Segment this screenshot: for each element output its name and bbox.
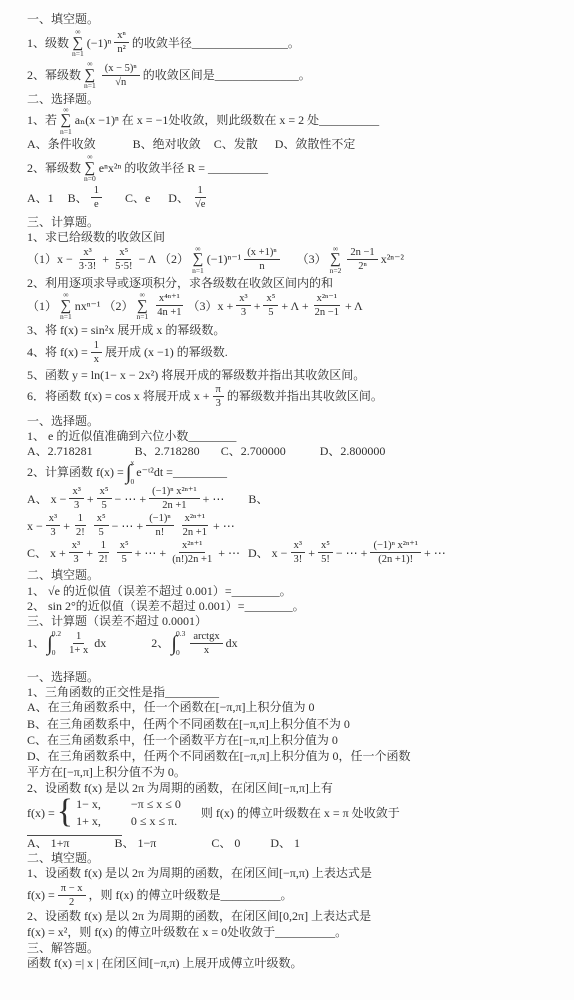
text-run: 1、 e 的近似值准确到六位小数________ [27, 429, 236, 443]
a1-q1: 1、级数∞∑n=1(−1)ⁿxⁿn²的收敛半径________________。 [27, 28, 568, 57]
a3-q5: 5、函数 y = ln(1− x − 2x²) 将展开成的幂级数并指出其收敛区间… [27, 368, 568, 382]
piecewise-condition: 0 ≤ x ≤ π. [131, 814, 181, 828]
fraction-numerator: x⁵ [263, 293, 278, 306]
text-run: 5、函数 y = ln(1− x − 2x²) 将展开成的幂级数并指出其收敛区间… [27, 368, 365, 382]
sum-lower-limit: n=1 [192, 267, 204, 275]
summation-symbol: ∞∑n=0 [84, 153, 96, 182]
fraction-denominator: n² [114, 43, 128, 55]
fraction-numerator: (x − 5)ⁿ [102, 63, 140, 76]
math-fraction: x³3 [236, 293, 250, 318]
fraction-numerator: (−1)ⁿ x²ⁿ⁺¹ [370, 540, 421, 553]
c1-q1-option-b: B、在三角函数系中，任两个不同函数在[−π,π]上积分值不为 0 [27, 717, 568, 731]
math-fraction: x²ⁿ⁻¹2n −1 [312, 293, 342, 318]
math-fraction: x⁵5 [263, 293, 278, 318]
fraction-numerator: x³ [69, 486, 83, 499]
text-run: aₙ(x −1)ⁿ 在 x = −1处收敛，则此级数在 x = 2 处_____… [75, 113, 379, 127]
summation-symbol: ∞∑n=1 [136, 291, 148, 320]
a2-q2-options: A、1B、1eC、eD、1√e [27, 185, 568, 210]
integral-symbol: ∫x0 [126, 459, 135, 485]
fraction-numerator: 1 [98, 540, 109, 553]
fraction-denominator: 5 [119, 553, 130, 565]
text-run: eⁿx²ⁿ 的收敛半径 R = __________ [99, 161, 268, 175]
text-run: 2、 [151, 636, 169, 650]
sigma-glyph: ∑ [73, 36, 84, 50]
sigma-glyph: ∑ [61, 113, 72, 127]
spacer [201, 144, 214, 145]
section-b1-title: 一、选择题。 [27, 414, 568, 428]
text-run: 的收敛区间是______________。 [143, 68, 311, 82]
integral-upper-limit: x [131, 459, 135, 467]
b1-q1-options: A、2.718281B、2.718280C、2.700000D、2.800000 [27, 444, 568, 458]
a3-q4: 4、将 f(x) =1x展开成 (x −1) 的幂级数. [27, 340, 568, 365]
b1-q2: 2、计算函数 f(x) =∫x0e⁻ᵗ²dt =_________ [27, 459, 568, 485]
fraction-denominator: 2n +1 [180, 526, 210, 538]
text-run: A、在三角函数系中，任一个函数在[−π,π]上积分值为 0 [27, 700, 315, 714]
math-fraction: x²ⁿ⁺¹(n!)2n +1 [169, 540, 215, 565]
fraction-denominator: 2n +1 [159, 499, 189, 511]
document-page: 一、填空题。1、级数∞∑n=1(−1)ⁿxⁿn²的收敛半径___________… [0, 0, 574, 1000]
text-run: C、在三角函数系中，任一个函数平方在[−π,π]上积分值为 0 [27, 733, 338, 747]
math-fraction: (−1)ⁿ x²ⁿ⁺¹2n +1 [149, 486, 200, 511]
text-run: D、 [168, 191, 189, 205]
math-fraction: x²ⁿ⁺¹2n +1 [180, 513, 210, 538]
section-c2-title: 二、填空题。 [27, 851, 568, 865]
fraction-denominator: x [91, 353, 102, 365]
text-run: A、2.718281 [27, 444, 93, 458]
text-run: B、绝对收敛 [133, 137, 201, 151]
b1-q1: 1、 e 的近似值准确到六位小数________ [27, 429, 568, 443]
fraction-denominator: 3! [290, 553, 305, 565]
spacer [150, 197, 168, 198]
fraction-denominator: 5 [265, 306, 276, 318]
sigma-glyph: ∑ [61, 299, 72, 313]
spacer [258, 144, 275, 145]
c1-q2: 2、设函数 f(x) 是以 2π 为周期的函数，在闭区间[−π,π]上有 [27, 781, 568, 795]
fraction-denominator: 3 [238, 306, 249, 318]
math-fraction: π − x2 [58, 883, 86, 908]
integral-lower-limit: 0 [131, 478, 135, 486]
text-run: 1、 [27, 636, 45, 650]
text-run: + [63, 519, 70, 533]
fraction-numerator: 1 [75, 513, 86, 526]
math-fraction: x³3 [69, 486, 83, 511]
a2-q1-options: A、条件收敛B、绝对收敛C、发散D、敛散性不定 [27, 137, 568, 151]
math-fraction: 12! [96, 540, 111, 565]
spacer [286, 451, 320, 452]
text-run: B、 [248, 492, 268, 506]
text-run: + ⋯ + [135, 546, 167, 560]
c2-q2-expression: f(x) = x²，则 f(x) 的傅立叶级数在 x = 0处收敛于______… [27, 925, 568, 939]
fraction-denominator: (2n +1)! [375, 553, 416, 565]
c1-q1-option-c: C、在三角函数系中，任一个函数平方在[−π,π]上积分值为 0 [27, 733, 568, 747]
integral-upper-limit: 0.3 [176, 630, 185, 638]
c1-q1: 1、三角函数的正交性是指_________ [27, 685, 568, 699]
spacer [105, 197, 125, 198]
text-run: ，则 f(x) 的傅立叶级数是__________。 [89, 888, 293, 902]
a3-q3: 3、将 f(x) = sin²x 展开成 x 的幂级数。 [27, 323, 568, 337]
sum-lower-limit: n=1 [72, 50, 84, 58]
text-run: x − [27, 519, 43, 533]
fraction-denominator: 3 [47, 526, 58, 538]
fraction-numerator: x⁵ [97, 486, 112, 499]
math-fraction: 1e [91, 185, 102, 210]
text-run: 1、三角函数的正交性是指_________ [27, 685, 219, 699]
text-run: 三、计算题（误差不超过 0.0001） [27, 614, 207, 628]
fraction-denominator: 1+ x [66, 644, 91, 656]
fraction-denominator: 5! [318, 553, 333, 565]
text-run: nxⁿ⁻¹ （2） [75, 299, 134, 313]
fraction-numerator: (x +1)ⁿ [244, 247, 279, 260]
text-run: A、条件收敛 [27, 137, 96, 151]
section-a2-title: 二、选择题。 [27, 92, 568, 106]
fraction-numerator: arctgx [190, 631, 222, 644]
text-run: 三、计算题。 [27, 215, 99, 229]
c1-q1-option-d: D、在三角函数系中，任两个不同函数在[−π,π]上积分值为 0，任一个函数 [27, 749, 568, 763]
text-run: + [102, 252, 109, 266]
spacer [224, 498, 248, 499]
b1-q2-option-b: x −x³3+12!x⁵5− ⋯ +(−1)ⁿn!x²ⁿ⁺¹2n +1+ ⋯ [27, 513, 568, 538]
sum-lower-limit: n=1 [60, 313, 72, 321]
fraction-denominator: x [201, 644, 212, 656]
b1-q2-options-cd: C、 x +x³3+12!x⁵5+ ⋯ +x²ⁿ⁺¹(n!)2n +1+ ⋯D、… [27, 540, 568, 565]
piecewise-condition: −π ≤ x ≤ 0 [131, 797, 181, 811]
fraction-denominator: 5 [96, 526, 107, 538]
text-run: 1、 √e 的近似值（误差不超过 0.001）=________。 [27, 584, 292, 598]
fraction-denominator: e [91, 198, 102, 210]
fraction-denominator: 2! [73, 526, 88, 538]
fraction-denominator: 3 [213, 397, 224, 409]
integral-symbol: ∫0.30 [171, 630, 185, 656]
text-run: C、 x + [27, 546, 66, 560]
a2-q2: 2、幂级数∞∑n=0eⁿx²ⁿ 的收敛半径 R = __________ [27, 153, 568, 182]
integral-symbol: ∫0.20 [47, 630, 61, 656]
spacer [54, 197, 68, 198]
b2-q1: 1、 √e 的近似值（误差不超过 0.001）=________。 [27, 584, 568, 598]
c2-q1: 1、设函数 f(x) 是以 2π 为周期的函数，在闭区间[−π,π) 上表达式是 [27, 866, 568, 880]
a3-q2-items: （1）∞∑n=1nxⁿ⁻¹ （2）∞∑n=1x⁴ⁿ⁺¹4n +1（3）x +x³… [27, 291, 568, 320]
fraction-numerator: 2n −1 [347, 247, 377, 260]
spacer [156, 843, 211, 844]
math-fraction: x⁵5! [318, 540, 333, 565]
fraction-denominator: n! [153, 526, 168, 538]
summation-symbol: ∞∑n=1 [192, 245, 204, 274]
b1-q2-option-a: A、 x −x³3+x⁵5− ⋯ +(−1)ⁿ x²ⁿ⁺¹2n +1+ ⋯B、 [27, 486, 568, 511]
fraction-numerator: x⁴ⁿ⁺¹ [156, 293, 183, 306]
math-fraction: xⁿn² [114, 30, 129, 55]
text-run: f(x) = [27, 806, 55, 820]
text-run: + Λ + [281, 299, 308, 313]
sigma-glyph: ∑ [330, 252, 341, 266]
text-run: (−1)ⁿ [87, 36, 112, 50]
text-run: 的收敛半径________________。 [132, 36, 300, 50]
text-run: （1）x − [27, 252, 73, 266]
text-run: 二、选择题。 [27, 92, 99, 106]
integral-lower-limit: 0 [176, 649, 185, 657]
math-fraction: x⁵5 [94, 513, 109, 538]
fraction-numerator: (−1)ⁿ [146, 513, 173, 526]
text-run: 1、求已给级数的收敛区间 [27, 230, 165, 244]
text-run: − ⋯ + [112, 519, 144, 533]
fraction-denominator: (n!)2n +1 [169, 553, 215, 565]
fraction-numerator: xⁿ [114, 30, 129, 43]
b2-q2: 2、 sin 2°的近似值（误差不超过 0.001）=________。 [27, 599, 568, 613]
text-run: 平方在[−π,π]上积分值不为 0。 [27, 765, 186, 779]
section-a1-title: 一、填空题。 [27, 12, 568, 26]
left-brace-glyph: { [57, 798, 73, 827]
fraction-denominator: 3 [70, 553, 81, 565]
math-fraction: x³3 [69, 540, 83, 565]
fraction-numerator: x²ⁿ⁺¹ [182, 513, 208, 526]
text-run: + ⋯ [218, 546, 240, 560]
text-run: A、1 [27, 191, 54, 205]
text-run: + ⋯ [424, 546, 446, 560]
sigma-glyph: ∑ [85, 161, 96, 175]
text-run: 二、填空题。 [27, 568, 99, 582]
math-fraction: π3 [213, 384, 224, 409]
sum-lower-limit: n=0 [84, 175, 96, 183]
fraction-denominator: √e [192, 198, 208, 210]
sigma-glyph: ∑ [137, 299, 148, 313]
text-run: dx [94, 636, 106, 650]
text-run: 三、解答题。 [27, 941, 99, 955]
c2-q1-expression: f(x) =π − x2，则 f(x) 的傅立叶级数是__________。 [27, 883, 568, 908]
text-run: A、 x − [27, 492, 66, 506]
text-run: （1） [27, 299, 57, 313]
a3-q1-items: （1）x −x³3·3!+x⁵5·5!− Λ （2）∞∑n=1(−1)ⁿ⁻¹(x… [27, 245, 568, 274]
text-run: 函数 f(x) =| x | 在闭区间[−π,π) 上展开成傅立叶级数。 [27, 956, 302, 970]
c1-q1-option-d-cont: 平方在[−π,π]上积分值不为 0。 [27, 765, 568, 779]
text-run: C、发散 [214, 137, 258, 151]
math-fraction: x⁵5 [97, 486, 112, 511]
math-fraction: 1√e [192, 185, 208, 210]
text-run: D、 x − [248, 546, 287, 560]
text-run: B、 [68, 191, 88, 205]
sigma-glyph: ∑ [85, 68, 96, 82]
c1-q2-options: A、 1+πB、 1−πC、 0D、 1 [27, 836, 568, 850]
text-run: f(x) = x²，则 f(x) 的傅立叶级数在 x = 0处收敛于______… [27, 925, 347, 939]
fraction-numerator: 1 [73, 631, 84, 644]
summation-symbol: ∞∑n=1 [60, 106, 72, 135]
math-fraction: x³3 [46, 513, 60, 538]
text-run: 1、设函数 f(x) 是以 2π 为周期的函数，在闭区间[−π,π) 上表达式是 [27, 866, 372, 880]
text-run: B、在三角函数系中，任两个不同函数在[−π,π]上积分值不为 0 [27, 717, 350, 731]
spacer [96, 144, 133, 145]
spacer [93, 451, 135, 452]
text-run: D、2.800000 [320, 444, 386, 458]
summation-symbol: ∞∑n=1 [72, 28, 84, 57]
section-c3-title: 三、解答题。 [27, 941, 568, 955]
text-run: + [308, 546, 315, 560]
text-run: + [86, 546, 93, 560]
fraction-denominator: 3 [71, 499, 82, 511]
text-run: − ⋯ + [336, 546, 368, 560]
text-run: + Λ [345, 299, 363, 313]
piecewise-rows: 1− x,−π ≤ x ≤ 01+ x,0 ≤ x ≤ π. [76, 797, 181, 828]
fraction-numerator: 1 [195, 185, 206, 198]
integral-limits: 0.20 [52, 630, 61, 656]
text-run: e⁻ᵗ²dt =_________ [136, 465, 227, 479]
piecewise-expression: 1+ x, [76, 814, 101, 828]
c1-q2-piecewise: f(x) ={1− x,−π ≤ x ≤ 01+ x,0 ≤ x ≤ π.则 f… [27, 797, 568, 828]
text-run: 2、幂级数 [27, 161, 81, 175]
fraction-denominator: n [256, 260, 267, 272]
integral-lower-limit: 0 [52, 649, 61, 657]
fraction-numerator: x³ [46, 513, 60, 526]
math-fraction: 11+ x [66, 631, 91, 656]
text-run: C、 0 [211, 836, 240, 850]
fraction-denominator: √n [112, 76, 129, 88]
text-run: C、e [125, 191, 150, 205]
integral-limits: 0.30 [176, 630, 185, 656]
fraction-denominator: 2! [96, 553, 111, 565]
section-b2-title: 二、填空题。 [27, 568, 568, 582]
fraction-numerator: x³ [291, 540, 305, 553]
spacer [183, 812, 201, 813]
fraction-denominator: 5·5! [112, 260, 136, 272]
integral-upper-limit: 0.2 [52, 630, 61, 638]
text-run: 6．将函数 f(x) = cos x 将展开成 x + [27, 389, 210, 403]
text-run: A、 1+π [27, 836, 70, 850]
math-fraction: x⁵5 [117, 540, 132, 565]
text-run: 3、将 f(x) = sin²x 展开成 x 的幂级数。 [27, 323, 225, 337]
fraction-numerator: 1 [91, 185, 102, 198]
text-run: 二、填空题。 [27, 851, 99, 865]
fraction-numerator: x⁵ [116, 247, 131, 260]
text-run: C、2.700000 [221, 444, 286, 458]
c2-q2: 2、设函数 f(x) 是以 2π 为周期的函数，在闭区间[0,2π] 上表达式是 [27, 909, 568, 923]
fraction-denominator: 2n −1 [312, 306, 342, 318]
c3-q1: 函数 f(x) =| x | 在闭区间[−π,π) 上展开成傅立叶级数。 [27, 956, 568, 970]
spacer [70, 843, 115, 844]
fraction-denominator: 3·3! [76, 260, 100, 272]
fraction-numerator: x³ [236, 293, 250, 306]
text-run: + [254, 299, 261, 313]
text-run: B、2.718280 [135, 444, 200, 458]
a3-q2: 2、利用逐项求导或逐项积分，求各级数在收敛区间内的和 [27, 276, 568, 290]
text-run: + ⋯ [203, 492, 225, 506]
fraction-numerator: x³ [69, 540, 83, 553]
spacer [200, 451, 221, 452]
text-run: − Λ （2） [139, 252, 190, 266]
a2-q1: 1、若∞∑n=1aₙ(x −1)ⁿ 在 x = −1处收敛，则此级数在 x = … [27, 106, 568, 135]
fraction-numerator: π − x [58, 883, 86, 896]
text-run: 1、若 [27, 113, 57, 127]
fraction-numerator: x⁵ [94, 513, 109, 526]
text-run: 2、 sin 2°的近似值（误差不超过 0.001）=________。 [27, 599, 305, 613]
summation-symbol: ∞∑n=1 [84, 60, 96, 89]
text-run: （3）x + [188, 299, 234, 313]
sigma-glyph: ∑ [193, 252, 204, 266]
math-fraction: (−1)ⁿ x²ⁿ⁺¹(2n +1)! [370, 540, 421, 565]
fraction-numerator: x⁵ [318, 540, 333, 553]
a1-q2: 2、幂级数∞∑n=1(x − 5)ⁿ√n的收敛区间是______________… [27, 60, 568, 89]
section-a3-title: 三、计算题。 [27, 215, 568, 229]
piecewise-function: {1− x,−π ≤ x ≤ 01+ x,0 ≤ x ≤ π. [57, 797, 181, 828]
b3-items: 1、∫0.2011+ xdx2、∫0.30arctgxxdx [27, 630, 568, 656]
fraction-denominator: 5 [98, 499, 109, 511]
text-run: 2、幂级数 [27, 68, 81, 82]
text-run: 4、将 f(x) = [27, 345, 88, 359]
fraction-denominator: 4n +1 [154, 306, 184, 318]
math-fraction: 12! [73, 513, 88, 538]
spacer [283, 259, 297, 260]
summation-symbol: ∞∑n=2 [330, 245, 342, 274]
text-run: D、 1 [270, 836, 300, 850]
text-run: 1、级数 [27, 36, 69, 50]
text-run: D、在三角函数系中，任两个不同函数在[−π,π]上积分值为 0，任一个函数 [27, 749, 411, 763]
c1-q1-option-a: A、在三角函数系中，任一个函数在[−π,π]上积分值为 0 [27, 700, 568, 714]
math-fraction: (x +1)ⁿn [244, 247, 279, 272]
sum-lower-limit: n=2 [330, 267, 342, 275]
sum-lower-limit: n=1 [136, 313, 148, 321]
a3-q6: 6．将函数 f(x) = cos x 将展开成 x +π3的幂级数并指出其收敛区… [27, 384, 568, 409]
text-run: B、 1−π [115, 836, 157, 850]
spacer [240, 843, 270, 844]
a3-q1: 1、求已给级数的收敛区间 [27, 230, 568, 244]
fraction-numerator: π [213, 384, 224, 397]
fraction-numerator: x²ⁿ⁻¹ [314, 293, 340, 306]
section-c1-title: 一、选择题。 [27, 670, 568, 684]
fraction-denominator: 2ⁿ [355, 260, 370, 272]
spacer [106, 643, 151, 644]
text-run: D、敛散性不定 [275, 137, 356, 151]
fraction-numerator: x³ [80, 247, 94, 260]
text-run: 的幂级数并指出其收敛区间。 [227, 389, 383, 403]
text-run: − ⋯ + [115, 492, 147, 506]
math-fraction: x³3·3! [76, 247, 100, 272]
text-run: 则 f(x) 的傅立叶级数在 x = π 处收敛于 [201, 806, 400, 820]
fraction-denominator: 2 [66, 896, 77, 908]
text-run: 一、填空题。 [27, 12, 99, 26]
text-run: (−1)ⁿ⁻¹ [207, 252, 241, 266]
text-run: + [87, 492, 94, 506]
text-run: f(x) = [27, 888, 55, 902]
text-run: （3） [297, 252, 327, 266]
piecewise-expression: 1− x, [76, 797, 101, 811]
math-fraction: (−1)ⁿn! [146, 513, 173, 538]
math-fraction: x⁵5·5! [112, 247, 136, 272]
math-fraction: x⁴ⁿ⁺¹4n +1 [154, 293, 184, 318]
text-run: + ⋯ [213, 519, 235, 533]
text-run: 2、计算函数 f(x) = [27, 465, 124, 479]
text-run: 2、利用逐项求导或逐项积分，求各级数在收敛区间内的和 [27, 276, 333, 290]
sum-lower-limit: n=1 [60, 128, 72, 136]
math-fraction: 1x [91, 340, 102, 365]
fraction-numerator: (−1)ⁿ x²ⁿ⁺¹ [149, 486, 200, 499]
fraction-numerator: x²ⁿ⁺¹ [179, 540, 205, 553]
math-fraction: arctgxx [190, 631, 222, 656]
fraction-numerator: 1 [91, 340, 102, 353]
text-run: dx [226, 636, 238, 650]
sum-lower-limit: n=1 [84, 82, 96, 90]
math-fraction: 2n −12ⁿ [347, 247, 377, 272]
math-fraction: x³3! [290, 540, 305, 565]
text-run: 展开成 (x −1) 的幂级数. [105, 345, 228, 359]
integral-limits: x0 [131, 459, 135, 485]
text-run: x²ⁿ⁻² [381, 252, 404, 266]
text-run: 2、设函数 f(x) 是以 2π 为周期的函数，在闭区间[0,2π] 上表达式是 [27, 909, 371, 923]
summation-symbol: ∞∑n=1 [60, 291, 72, 320]
fraction-numerator: x⁵ [117, 540, 132, 553]
section-b3-title: 三、计算题（误差不超过 0.0001） [27, 614, 568, 628]
math-fraction: (x − 5)ⁿ√n [102, 63, 140, 88]
spacer [240, 552, 248, 553]
text-run: 一、选择题。 [27, 670, 99, 684]
text-run: 一、选择题。 [27, 414, 99, 428]
